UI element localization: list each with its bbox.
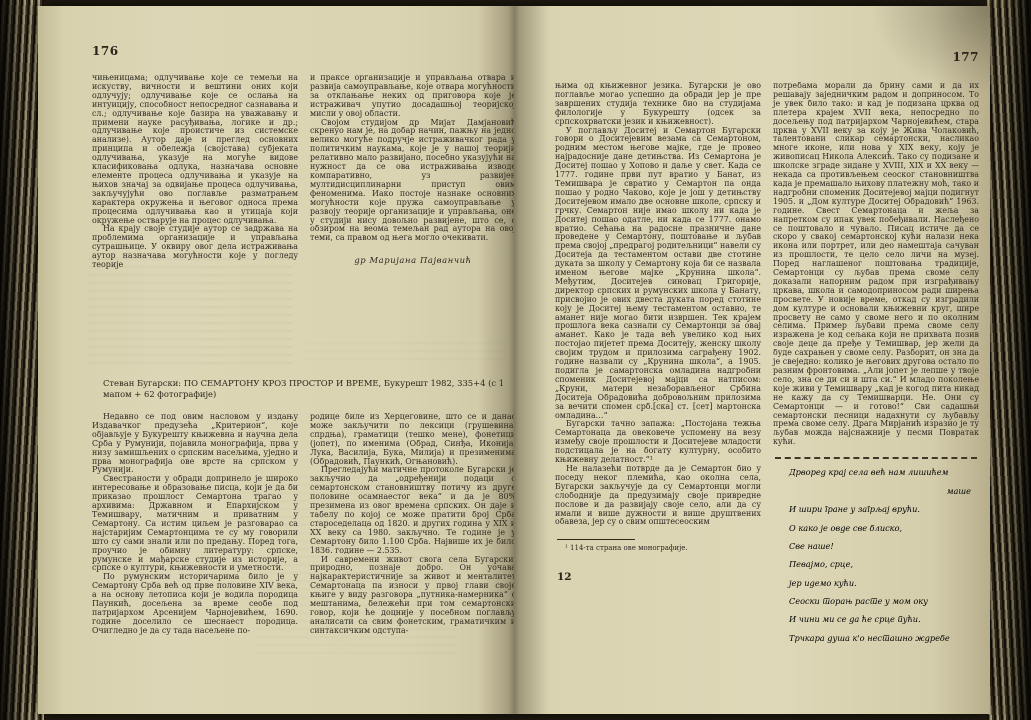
column-2: потребама морали да брину сами и да их р… [773, 82, 979, 651]
paragraph: родице биле из Херцеговине, што се и дан… [310, 413, 514, 466]
right-page-body: 177 њима од књижевног језика. Бугарски ј… [555, 50, 979, 710]
paragraph: У поглављу Доситеј и Семартон Бугарски г… [555, 127, 761, 421]
verse-line: О како је овде све блиско, [773, 523, 979, 533]
verse-line: Певајмо, срце, [773, 559, 979, 569]
scanned-book-spread: 176 чињеницама; одлучивање које се темељ… [0, 0, 1031, 720]
column-1: чињеницама; одлучивање које се темељи на… [92, 74, 298, 362]
column-2-text: и праксе организације и управљања отвара… [310, 74, 514, 243]
column-1-text: њима од књижевног језика. Бугарски је ов… [555, 82, 761, 527]
column-1: њима од књижевног језика. Бугарски је ов… [555, 82, 761, 651]
paragraph: њима од књижевног језика. Бугарски је ов… [555, 82, 761, 127]
paragraph: и праксе организације и управљања отвара… [310, 74, 514, 119]
column-2-text: потребама морали да брину сами и да их р… [773, 82, 979, 447]
verse-line: Дрворед крај села већ нам лишићем [773, 467, 979, 477]
ending-review-columns: чињеницама; одлучивање које се темељи на… [92, 74, 514, 362]
verse-line: И шири гране у загрљај врући. [773, 504, 979, 514]
page-edges-right [987, 0, 1031, 720]
review-byline: др Маријана Пајванчић [310, 255, 514, 265]
paragraph: Свестраности у обради допринело је широк… [92, 475, 298, 573]
paragraph: Бугарски тачно запажа: „Постојана тежња … [555, 420, 761, 465]
review-heading: Стеван Бугарски: ПО СЕМАРТОНУ КРОЗ ПРОСТ… [92, 378, 514, 399]
verse-line: јер идемо кући. [773, 578, 979, 588]
column-2: и праксе организације и управљања отвара… [310, 74, 514, 362]
column-1: Недавно се под овим насловом у издању Из… [92, 413, 298, 636]
paragraph: чињеницама; одлучивање које се темељи на… [92, 74, 298, 225]
gathering-mark: 12 [555, 571, 761, 583]
footnote-block: ¹ 114-та страна ове монографије. [555, 539, 761, 553]
page-number: 177 [555, 50, 979, 64]
page-right-177: 177 њима од књижевног језика. Бугарски ј… [514, 6, 990, 714]
paragraph: Не налазећи потврде да је Семартон био у… [555, 465, 761, 527]
verse-line: маше [773, 486, 979, 496]
new-review-columns: Недавно се под овим насловом у издању Из… [92, 413, 514, 636]
paragraph: Недавно се под овим насловом у издању Из… [92, 413, 298, 475]
page-number: 176 [92, 44, 514, 58]
left-page-body: 176 чињеницама; одлучивање које се темељ… [92, 44, 514, 704]
verse-line: Трчкара душа к'о несташно ждребе [773, 633, 979, 643]
paragraph: По румунским историчарима било је у Сема… [92, 573, 298, 635]
paragraph: И савремени живот свога села Бугарски, п… [310, 556, 514, 636]
paragraph: потребама морали да брину сами и да их р… [773, 82, 979, 447]
verse-line: Сеоски торањ расте у мом оку [773, 596, 979, 606]
paragraph: На крају своје студије аутор се задржава… [92, 225, 298, 270]
book-spread: 176 чињеницама; одлучивање које се темељ… [38, 6, 990, 714]
page-left-176: 176 чињеницама; одлучивање које се темељ… [38, 6, 514, 714]
verse-line: И чини ми се да ће срце пући. [773, 614, 979, 624]
verse-line: Све наше! [773, 541, 979, 551]
dashed-separator [775, 457, 977, 459]
paragraph: Својом студијом др Мијат Дамјановић скре… [310, 119, 514, 244]
paragraph: Прегледајући матичне протоколе Бугарски … [310, 466, 514, 555]
review-columns: њима од књижевног језика. Бугарски је ов… [555, 82, 979, 651]
footnote-rule [557, 539, 635, 540]
poem: Дрворед крај села већ нам лишићеммашеИ ш… [773, 467, 979, 643]
column-2: родице биле из Херцеговине, што се и дан… [310, 413, 514, 636]
footnote: ¹ 114-та страна ове монографије. [555, 544, 761, 553]
